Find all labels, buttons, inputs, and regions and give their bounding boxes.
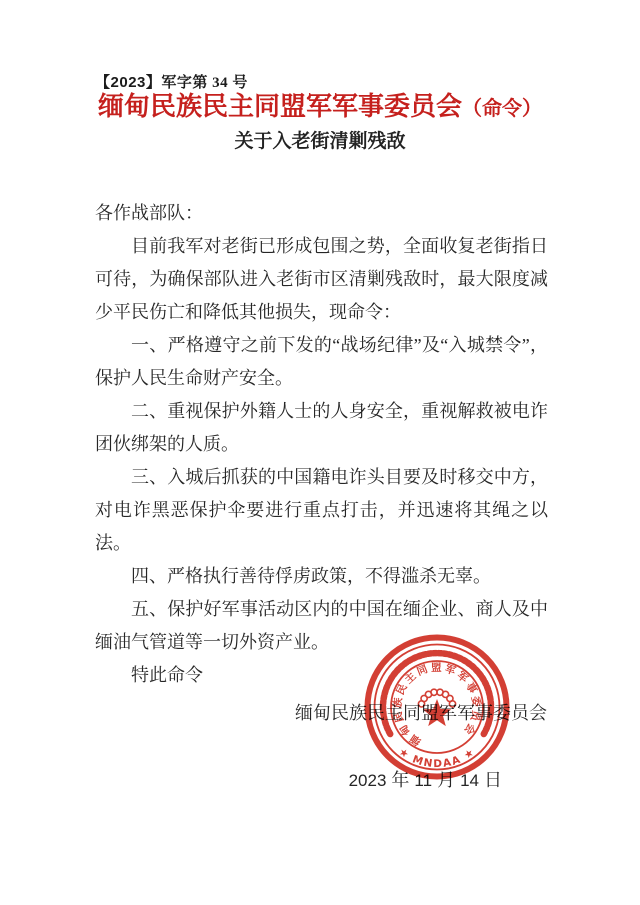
seal-mndaa-text: ★ MNDAA ★ [396,746,477,770]
paragraph-item-3: 三、入城后抓获的中国籍电诈头目要及时移交中方，对电诈黑恶保护伞要进行重点打击，并… [95,461,548,560]
doc-title-paren: （命令） [462,98,542,120]
doc-number-suffix: 】军字第 34 号 [146,75,248,91]
seal-star-icon [423,699,452,726]
doc-number: 【2023】军字第 34 号 [95,71,248,92]
paragraph-item-2: 二、重视保护外籍人士的人身安全，重视解救被电诈团伙绑架的人质。 [95,395,548,461]
official-seal: ★ MNDAA ★ 缅甸民族民主同盟军军事委员会 [364,634,510,780]
doc-subtitle: 关于入老街清剿残敌 [0,129,640,154]
paragraph-intro: 目前我军对老街已形成包围之势，全面收复老街指日可待，为确保部队进入老街市区清剿残… [95,230,548,329]
doc-body: 各作战部队： 目前我军对老街已形成包围之势，全面收复老街指日可待，为确保部队进入… [95,197,548,692]
doc-number-year: 2023 [111,74,146,91]
salutation: 各作战部队： [95,197,548,230]
doc-number-prefix: 【 [95,75,111,91]
paragraph-item-4: 四、严格执行善待俘虏政策，不得滥杀无辜。 [95,560,548,593]
doc-title-main: 缅甸民族民主同盟军军事委员会 [98,92,462,121]
doc-title: 缅甸民族民主同盟军军事委员会（命令） [0,90,640,126]
document-page: 【2023】军字第 34 号 缅甸民族民主同盟军军事委员会（命令） 关于入老街清… [0,0,640,905]
paragraph-item-1: 一、严格遵守之前下发的“战场纪律”及“入城禁令”，保护人民生命财产安全。 [95,329,548,395]
